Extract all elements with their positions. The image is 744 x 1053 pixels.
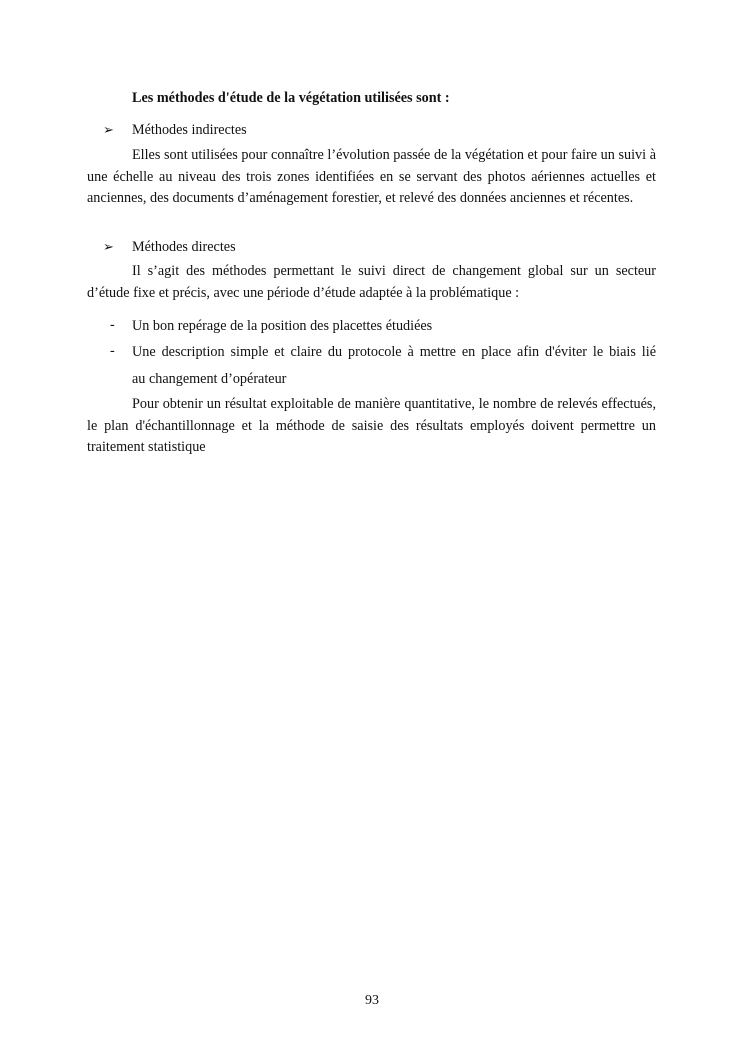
list-item: Un bon repérage de la position des place…: [132, 317, 432, 335]
document-page: Les méthodes d'étude de la végétation ut…: [0, 0, 744, 1053]
arrow-bullet-icon: ➢: [103, 239, 114, 255]
subheading-indirect-methods: Méthodes indirectes: [132, 121, 247, 139]
paragraph-direct-methods: Il s’agit des méthodes permettant le sui…: [87, 261, 656, 304]
paragraph-closing: Pour obtenir un résultat exploitable de …: [87, 394, 656, 459]
subheading-direct-methods: Méthodes directes: [132, 238, 236, 256]
section-heading: Les méthodes d'étude de la végétation ut…: [132, 89, 450, 107]
dash-bullet: -: [110, 317, 115, 334]
arrow-bullet-icon: ➢: [103, 122, 114, 138]
list-item-continuation: au changement d’opérateur: [132, 370, 286, 388]
paragraph-indirect-methods: Elles sont utilisées pour connaître l’év…: [87, 145, 656, 210]
list-item: Une description simple et claire du prot…: [132, 343, 656, 361]
dash-bullet: -: [110, 343, 115, 360]
page-number: 93: [0, 993, 744, 1009]
